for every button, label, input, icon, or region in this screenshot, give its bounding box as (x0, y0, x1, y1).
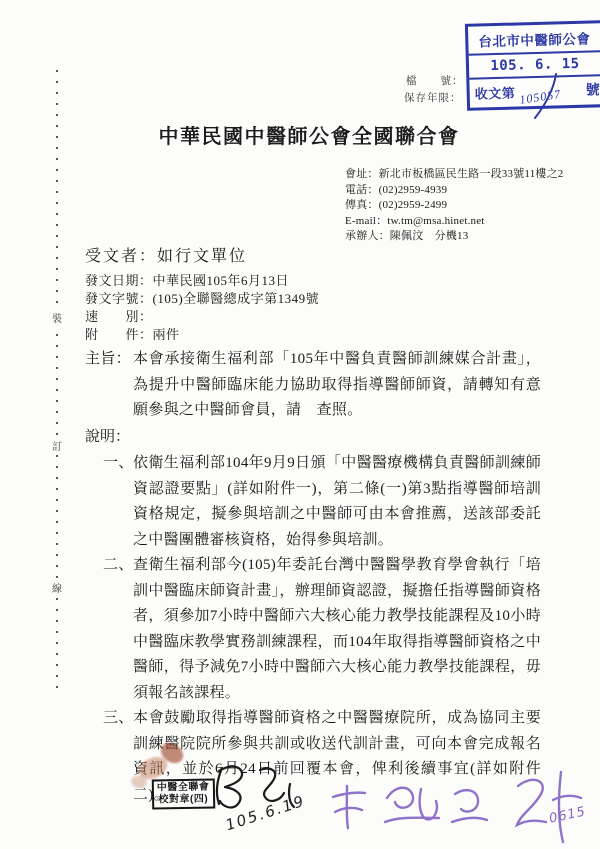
document-page: 裝 訂 線 檔 號： 保存年限： 台北市中醫師公會 105. 6. 15 收文第… (0, 0, 600, 849)
contact-address: 會址：新北市板橋區民生路一段33號11樓之2 (345, 167, 564, 183)
explanation-item-2: 二、 查衛生福利部今(105)年委託台灣中醫醫學教育學會執行「培訓中醫臨床師資計… (103, 553, 541, 706)
priority-line: 速 別： (85, 308, 319, 326)
issue-number-line: 發文字號：(105)全聯醫總成字第1349號 (85, 290, 319, 308)
recipient-line: 受文者：如行文單位 (85, 243, 247, 266)
binding-mark-zhuang: 裝 (50, 308, 64, 327)
binding-mark-xian: 線 (50, 578, 64, 597)
proof-stamp: 中醫全聯會 校對章(四) (152, 778, 215, 809)
received-stamp-suffix: 號 (585, 79, 600, 100)
explanation-label: 說明： (85, 425, 130, 446)
contact-phone: 電話：(02)2959-4939 (345, 183, 564, 199)
item-1-text: 依衛生福利部104年9月9日頒「中醫醫療機構負責醫師訓練師資認證要點」(詳如附件… (133, 451, 541, 553)
organization-title: 中華民國中醫師公會全國聯合會 (0, 120, 600, 149)
received-stamp-prefix: 收文第 (475, 86, 516, 102)
item-3-number: 三、 (103, 706, 133, 732)
proof-stamp-line1: 中醫全聯會 (157, 782, 210, 795)
file-number-label: 檔 號： (406, 73, 464, 88)
subject-label: 主旨： (85, 347, 131, 373)
contact-person: 承辦人：陳佩汶 分機13 (345, 229, 564, 245)
item-1-number: 一、 (103, 451, 133, 477)
received-stamp-org: 台北市中醫師公會 (468, 23, 600, 55)
meta-block: 發文日期：中華民國105年6月13日 發文字號：(105)全聯醫總成字第1349… (85, 272, 319, 344)
item-2-number: 二、 (103, 553, 133, 579)
binding-mark-ding: 訂 (50, 436, 64, 455)
attachment-line: 附 件：兩件 (85, 326, 319, 344)
issue-date-line: 發文日期：中華民國105年6月13日 (85, 272, 319, 290)
subject-paragraph: 主旨： 本會承接衛生福利部「105年中醫負責醫師訓練媒合計畫」，為提升中醫師臨床… (85, 347, 541, 424)
contact-fax: 傳真：(02)2959-2499 (345, 198, 564, 214)
subject-text: 本會承接衛生福利部「105年中醫負責醫師訓練媒合計畫」，為提升中醫師臨床能力協助… (133, 347, 541, 424)
purple-annotation (325, 760, 597, 849)
binding-dotted-line (56, 70, 58, 690)
contact-email: E-mail：tw.tm@msa.hinet.net (345, 214, 564, 230)
explanation-item-1: 一、 依衛生福利部104年9月9日頒「中醫醫療機構負責醫師訓練師資認證要點」(詳… (103, 451, 541, 553)
pen-slash-mark (528, 68, 572, 124)
retention-label: 保存年限： (404, 90, 462, 105)
proof-stamp-line2: 校對章(四) (157, 794, 210, 807)
item-2-text: 查衛生福利部今(105)年委託台灣中醫醫學教育學會執行「培訓中醫臨床師資計畫」，… (133, 553, 541, 706)
contact-block: 會址：新北市板橋區民生路一段33號11樓之2 電話：(02)2959-4939 … (345, 167, 564, 245)
